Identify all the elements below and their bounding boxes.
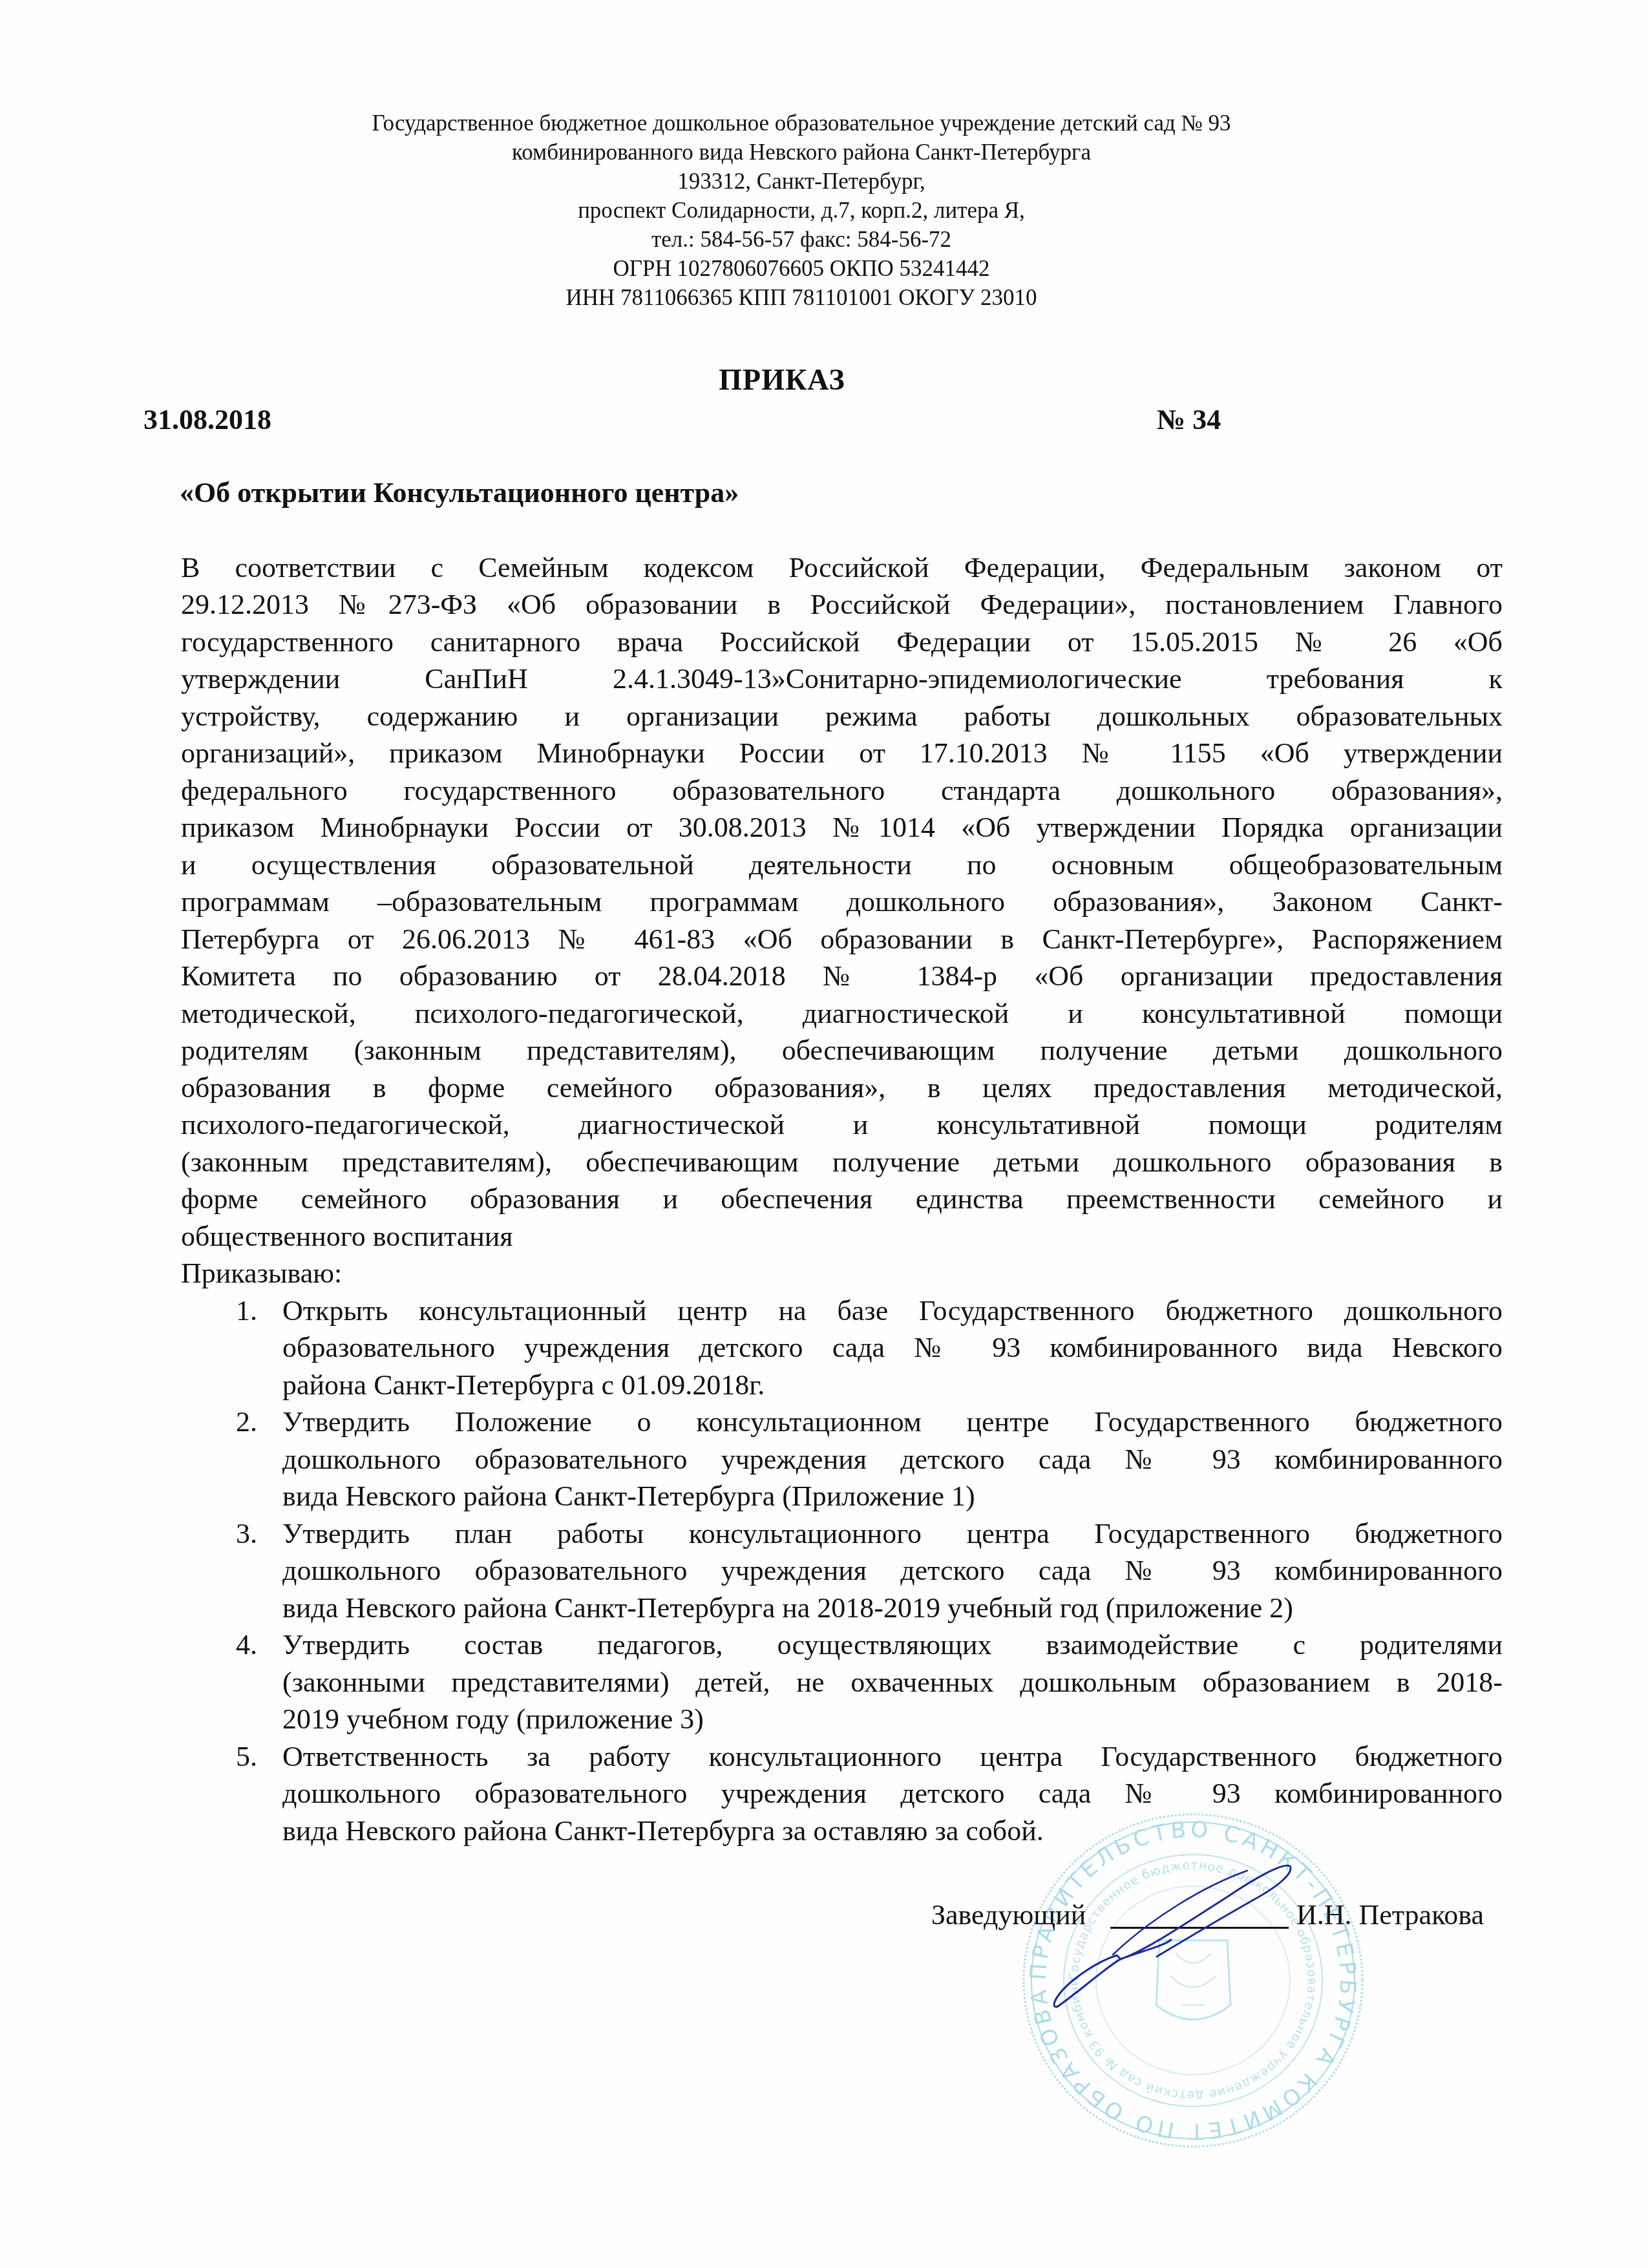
item-line: Открыть консультационный центр на базе Г… [282, 1292, 1503, 1329]
preamble-line: программам –образовательным программам д… [181, 883, 1503, 920]
preamble-line: Комитета по образованию от 28.04.2018 № … [181, 958, 1503, 994]
item-line: Ответственность за работу консультационн… [282, 1738, 1503, 1775]
preamble-line: родителям (законным представителям), обе… [181, 1032, 1503, 1069]
svg-text:Государственное бюджетное дошк: Государственное бюджетное дошкольное обр… [1020, 1811, 1319, 2103]
item-number: 5. [236, 1738, 257, 1775]
item-line: Утвердить состав педагогов, осуществляющ… [282, 1626, 1503, 1663]
item-line: Утвердить Положение о консультационном ц… [282, 1403, 1503, 1440]
item-line: вида Невского района Санкт-Петербурга на… [282, 1590, 1503, 1626]
item-number: 1. [236, 1292, 257, 1329]
header-phone: тел.: 584-56-57 факс: 584-56-72 [246, 225, 1357, 254]
preamble-line: В соответствии с Семейным кодексом Росси… [181, 549, 1503, 586]
item-line: 2019 учебном году (приложение 3) [282, 1701, 1503, 1738]
preamble-line: государственного санитарного врача Росси… [181, 624, 1503, 660]
preamble-line: общественного воспитания [181, 1218, 1503, 1255]
preamble-line: форме семейного образования и обеспечени… [181, 1181, 1503, 1217]
preamble-line: Петербурга от 26.06.2013 № 461-83 «Об об… [181, 921, 1503, 958]
preamble-line: (законным представителям), обеспечивающи… [181, 1144, 1503, 1181]
preamble-line: психолого-педагогической, диагностическо… [181, 1106, 1503, 1143]
item-line: района Санкт-Петербурга с 01.09.2018г. [282, 1367, 1503, 1403]
item-line: дошкольного образовательного учреждения … [282, 1441, 1503, 1478]
svg-text:ПРАВИТЕЛЬСТВО САНКТ-ПЕТЕРБУРГА: ПРАВИТЕЛЬСТВО САНКТ-ПЕТЕРБУРГА КОМИТЕТ П… [1020, 1811, 1360, 2144]
preamble-line: образования в форме семейного образовани… [181, 1069, 1503, 1106]
header-inn: ИНН 7811066365 КПП 781101001 ОКОГУ 23010 [246, 283, 1357, 312]
document-number: № 34 [1157, 402, 1221, 438]
item-line: дошкольного образовательного учреждения … [282, 1552, 1503, 1589]
document-title: ПРИКАЗ [646, 362, 918, 398]
item-number: 2. [236, 1403, 257, 1440]
item-line: вида Невского района Санкт-Петербурга (П… [282, 1478, 1503, 1515]
item-line: Утвердить план работы консультационного … [282, 1515, 1503, 1552]
document-page: Государственное бюджетное дошкольное обр… [0, 0, 1648, 2268]
document-date: 31.08.2018 [143, 402, 271, 438]
item-number: 3. [236, 1515, 257, 1552]
header-address: проспект Солидарности, д.7, корп.2, лите… [246, 196, 1357, 225]
preamble-line: утверждении СанПиН 2.4.1.3049-13»Сонитар… [181, 660, 1503, 697]
header-org-name: Государственное бюджетное дошкольное обр… [246, 109, 1357, 138]
item-line: (законными представителями) детей, не ох… [282, 1664, 1503, 1701]
signature-line [1110, 1927, 1289, 1929]
document-subject: «Об открытии Консультационного центра» [180, 475, 739, 511]
item-number: 4. [236, 1626, 257, 1663]
item-line: дошкольного образовательного учреждения … [282, 1775, 1503, 1812]
item-line: образовательного учреждения детского сад… [282, 1329, 1503, 1366]
preamble-line: 29.12.2013 №273-ФЗ «Об образовании в Рос… [181, 586, 1503, 623]
preamble-line: приказом Минобрнауки России от 30.08.201… [181, 809, 1503, 846]
preamble-line: федерального государственного образовате… [181, 772, 1503, 809]
order-word: Приказываю: [181, 1255, 1503, 1292]
signatory-name: И.Н. Петракова [1296, 1896, 1484, 1933]
item-line: вида Невского района Санкт-Петербурга за… [282, 1812, 1503, 1849]
preamble-line: устройству, содержанию и организации реж… [181, 698, 1503, 735]
preamble-line: организаций», приказом Минобрнауки Росси… [181, 735, 1503, 772]
header-ogrn: ОГРН 1027806076605 ОКПО 53241442 [246, 254, 1357, 283]
signatory-role: Заведующий [931, 1896, 1086, 1933]
preamble-line: методической, психолого-педагогической, … [181, 995, 1503, 1032]
header-org-type: комбинированного вида Невского района Са… [246, 138, 1357, 167]
handwritten-signature-icon [1034, 1848, 1305, 2022]
official-stamp-icon: ПРАВИТЕЛЬСТВО САНКТ-ПЕТЕРБУРГА КОМИТЕТ П… [1020, 1811, 1366, 2150]
preamble-line: и осуществления образовательной деятельн… [181, 846, 1503, 883]
header-postcode: 193312, Санкт-Петербург, [246, 167, 1357, 196]
